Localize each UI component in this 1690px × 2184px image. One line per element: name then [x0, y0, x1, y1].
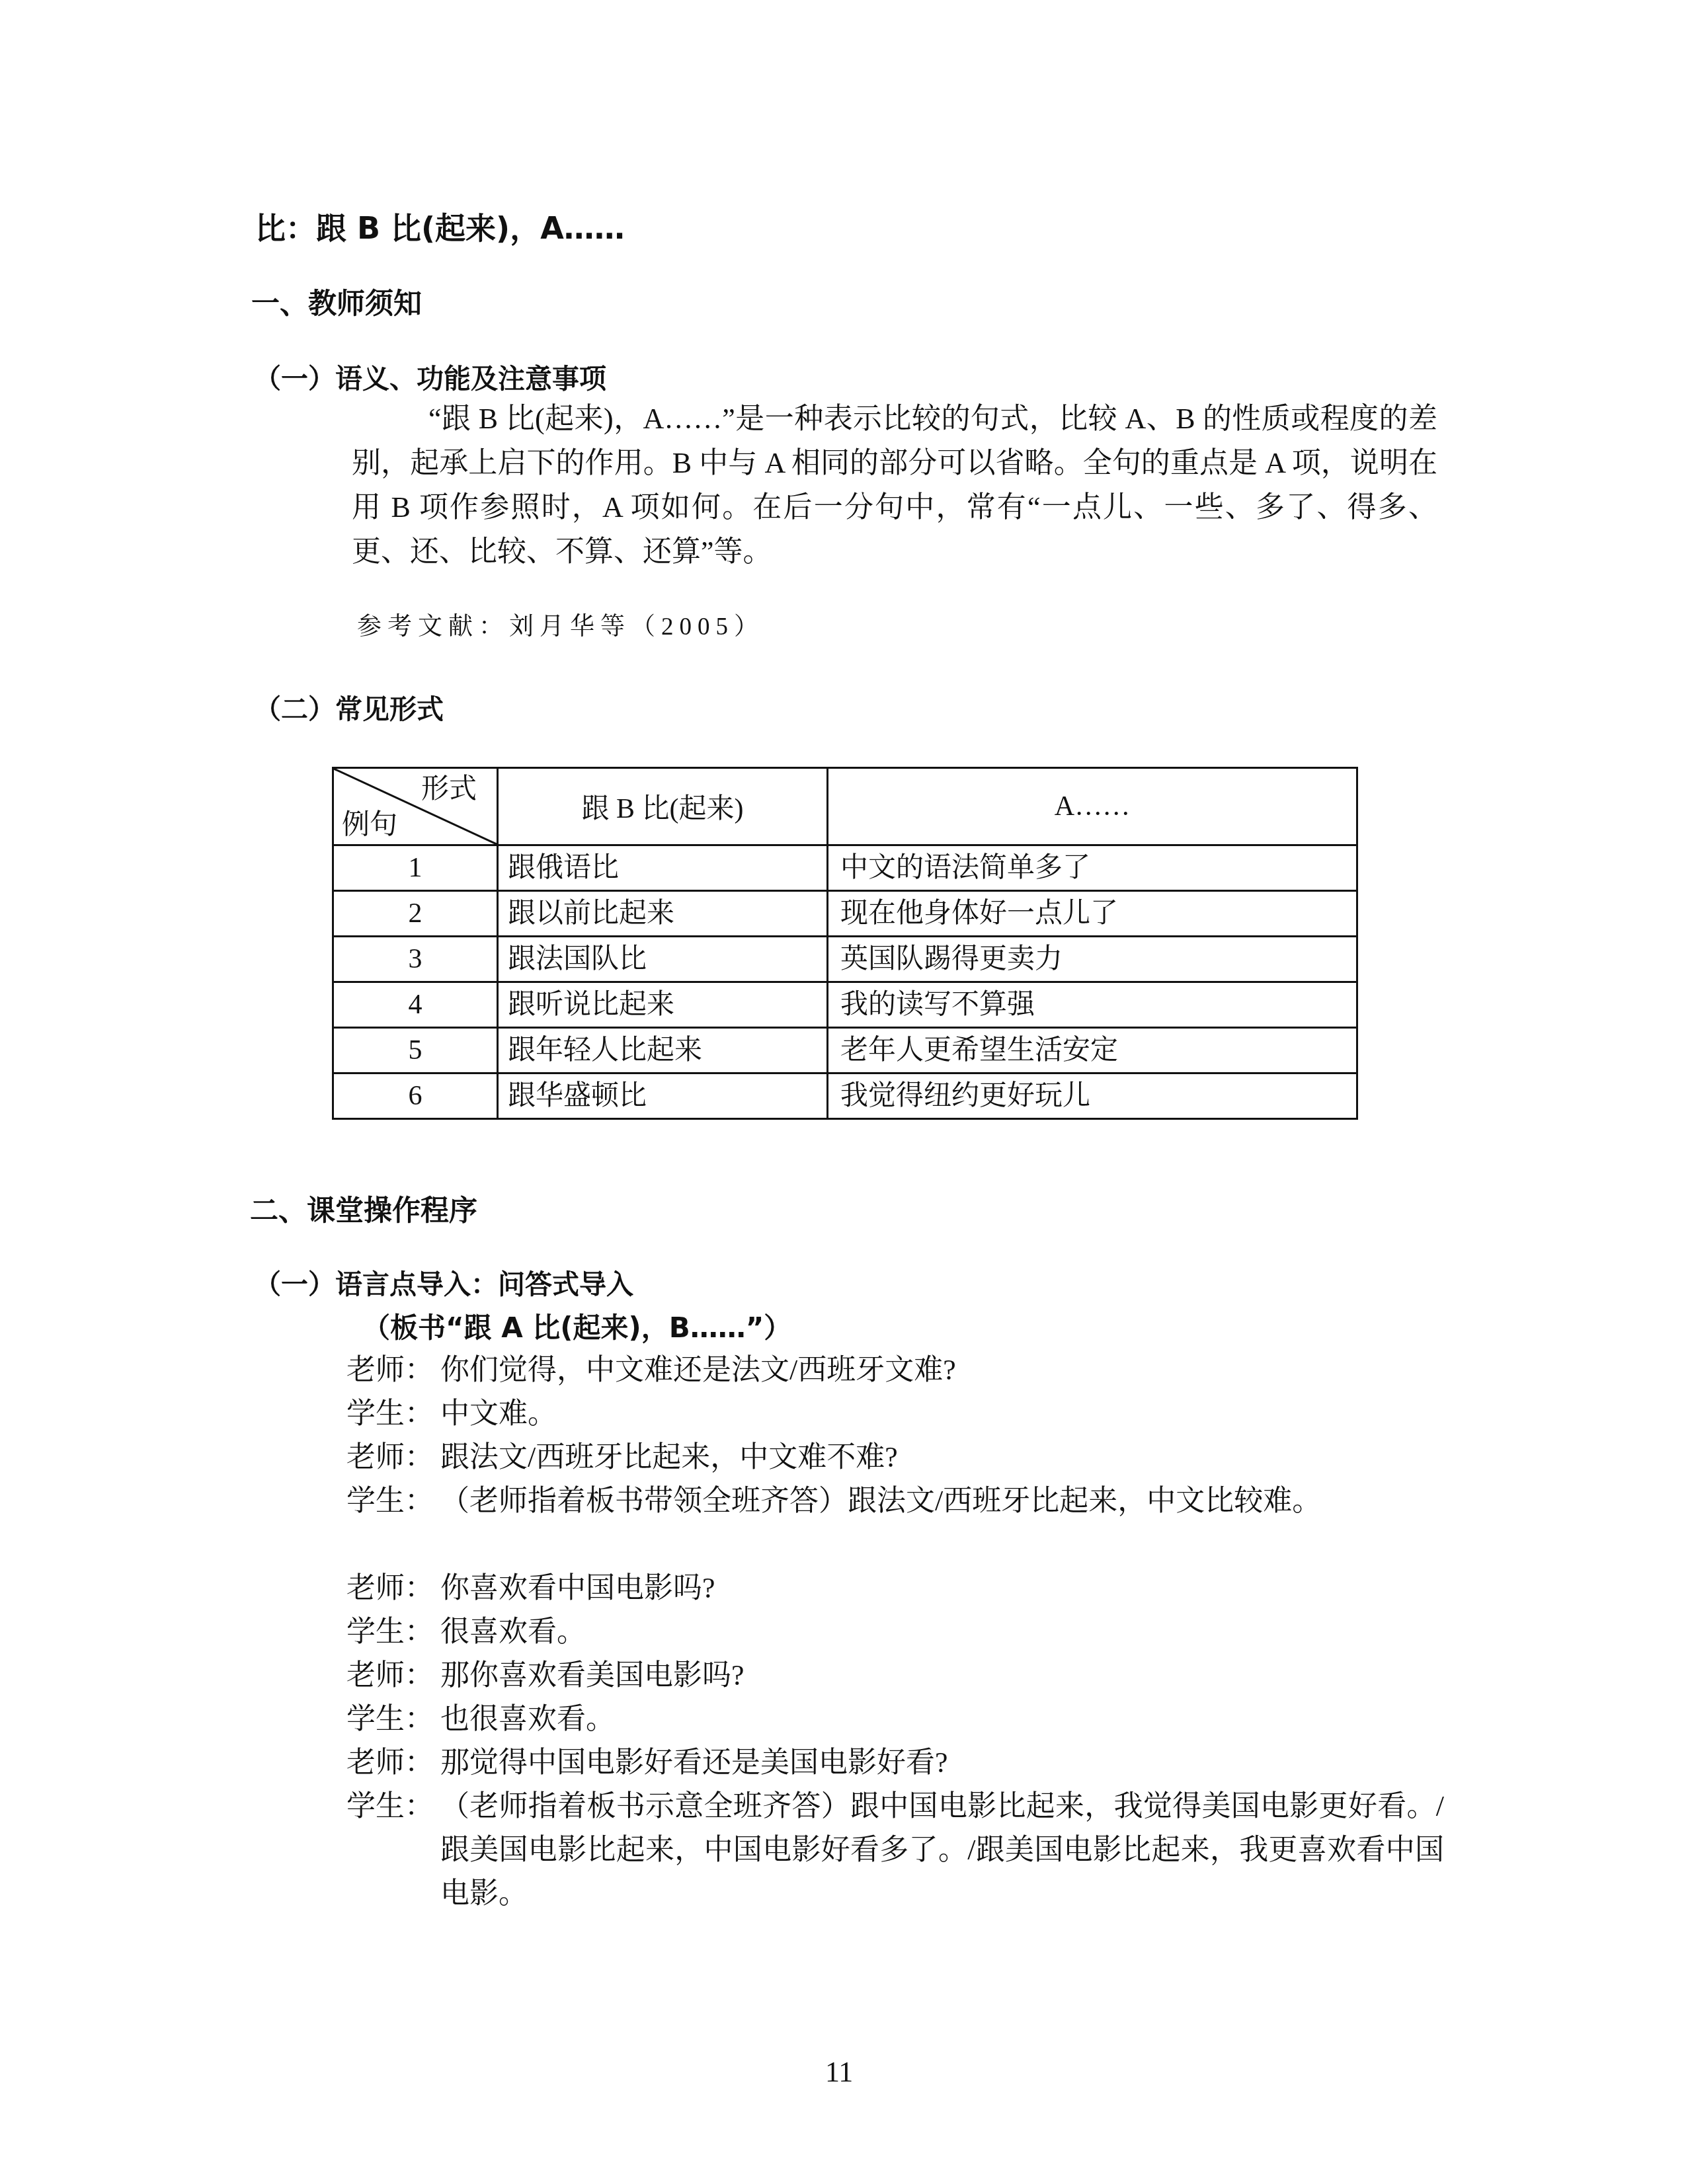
- cell-a-clause: 我觉得纽约更好玩儿: [828, 1073, 1357, 1119]
- dialogue-line: 学生： 很喜欢看。: [346, 1610, 1444, 1654]
- row-number: 6: [333, 1073, 498, 1119]
- table-header-row: 形式 例句 跟 B 比(起来) A……: [333, 768, 1357, 845]
- cell-b-clause: 跟以前比起来: [498, 891, 828, 937]
- column-header-a: A……: [828, 768, 1357, 845]
- row-number: 2: [333, 891, 498, 937]
- utterance: 很喜欢看。: [440, 1610, 1444, 1654]
- cell-b-clause: 跟年轻人比起来: [498, 1028, 828, 1073]
- table-row: 1 跟俄语比 中文的语法简单多了: [333, 845, 1357, 891]
- reference-citation: 参考文献：刘月华等（2005）: [357, 611, 764, 644]
- cell-b-clause: 跟华盛顿比: [498, 1073, 828, 1119]
- speaker-label: 学生：: [346, 1697, 440, 1741]
- dialogue-line: 老师： 那你喜欢看美国电影吗?: [346, 1654, 1444, 1697]
- dialogue-line: 学生： （老师指着板书示意全班齐答）跟中国电影比起来，我觉得美国电影更好看。/ …: [346, 1785, 1444, 1916]
- section2-heading: 二、课堂操作程序: [250, 1192, 477, 1229]
- row-number: 5: [333, 1028, 498, 1073]
- speaker-label: 学生：: [346, 1392, 440, 1436]
- speaker-label: 老师：: [346, 1567, 440, 1610]
- cell-a-clause: 老年人更希望生活安定: [828, 1028, 1357, 1073]
- dialogue-line: 学生： （老师指着板书带领全班齐答）跟法文/西班牙比起来，中文比较难。: [346, 1479, 1444, 1523]
- dialogue-line: 老师： 跟法文/西班牙比起来，中文难不难?: [346, 1436, 1444, 1479]
- dialogue-line: 老师： 那觉得中国电影好看还是美国电影好看?: [346, 1741, 1444, 1785]
- table-row: 2 跟以前比起来 现在他身体好一点儿了: [333, 891, 1357, 937]
- section1-sub2-heading: （二）常见形式: [254, 691, 444, 727]
- section2-sub1-heading: （一）语言点导入：问答式导入: [254, 1267, 633, 1302]
- speaker-label: 学生：: [346, 1610, 440, 1654]
- column-header-b: 跟 B 比(起来): [498, 768, 828, 845]
- speaker-label: 老师：: [346, 1741, 440, 1785]
- speaker-label: 老师：: [346, 1348, 440, 1392]
- board-writing-note: （板书“跟 A 比(起来)，B……”）: [362, 1310, 791, 1346]
- document-title: 比：跟 B 比(起来)，A……: [255, 209, 625, 247]
- dialogue-line: 学生： 也很喜欢看。: [346, 1697, 1444, 1741]
- speaker-label: 学生：: [346, 1479, 440, 1523]
- speaker-label: 老师：: [346, 1654, 440, 1697]
- utterance: 你们觉得，中文难还是法文/西班牙文难?: [440, 1348, 1444, 1392]
- cell-a-clause: 现在他身体好一点儿了: [828, 891, 1357, 937]
- utterance: 中文难。: [440, 1392, 1444, 1436]
- utterance: 你喜欢看中国电影吗?: [440, 1567, 1444, 1610]
- corner-label-example: 例句: [342, 808, 397, 841]
- dialogue-line: 老师： 你们觉得，中文难还是法文/西班牙文难?: [346, 1348, 1444, 1392]
- cell-a-clause: 中文的语法简单多了: [828, 845, 1357, 891]
- corner-label-form: 形式: [421, 773, 477, 806]
- row-number: 4: [333, 982, 498, 1028]
- dialogue-block: 老师： 你们觉得，中文难还是法文/西班牙文难? 学生： 中文难。 老师： 跟法文…: [346, 1348, 1444, 1916]
- page-number: 11: [825, 2056, 853, 2089]
- cell-a-clause: 我的读写不算强: [828, 982, 1357, 1028]
- table-row: 5 跟年轻人比起来 老年人更希望生活安定: [333, 1028, 1357, 1073]
- utterance: 也很喜欢看。: [440, 1697, 1444, 1741]
- table-row: 3 跟法国队比 英国队踢得更卖力: [333, 937, 1357, 982]
- dialogue-spacer: [346, 1523, 1444, 1567]
- cell-b-clause: 跟法国队比: [498, 937, 828, 982]
- dialogue-line: 学生： 中文难。: [346, 1392, 1444, 1436]
- utterance: （老师指着板书带领全班齐答）跟法文/西班牙比起来，中文比较难。: [440, 1479, 1444, 1523]
- utterance: 跟法文/西班牙比起来，中文难不难?: [440, 1436, 1444, 1479]
- speaker-label: 老师：: [346, 1436, 440, 1479]
- diagonal-header-cell: 形式 例句: [333, 768, 498, 845]
- utterance: 那你喜欢看美国电影吗?: [440, 1654, 1444, 1697]
- row-number: 3: [333, 937, 498, 982]
- section1-heading: 一、教师须知: [251, 286, 422, 323]
- cell-a-clause: 英国队踢得更卖力: [828, 937, 1357, 982]
- dialogue-line: 老师： 你喜欢看中国电影吗?: [346, 1567, 1444, 1610]
- common-forms-table: 形式 例句 跟 B 比(起来) A…… 1 跟俄语比 中文的语法简单多了 2 跟…: [332, 767, 1358, 1120]
- cell-b-clause: 跟俄语比: [498, 845, 828, 891]
- utterance: 那觉得中国电影好看还是美国电影好看?: [440, 1741, 1444, 1785]
- row-number: 1: [333, 845, 498, 891]
- utterance: （老师指着板书示意全班齐答）跟中国电影比起来，我觉得美国电影更好看。/ 跟美国电…: [440, 1785, 1444, 1916]
- speaker-label: 学生：: [346, 1785, 440, 1828]
- table-row: 4 跟听说比起来 我的读写不算强: [333, 982, 1357, 1028]
- semantics-paragraph: “跟 B 比(起来)，A……”是一种表示比较的句式，比较 A、B 的性质或程度的…: [352, 397, 1437, 574]
- section1-sub1-heading: （一）语义、功能及注意事项: [254, 361, 606, 397]
- cell-b-clause: 跟听说比起来: [498, 982, 828, 1028]
- table-row: 6 跟华盛顿比 我觉得纽约更好玩儿: [333, 1073, 1357, 1119]
